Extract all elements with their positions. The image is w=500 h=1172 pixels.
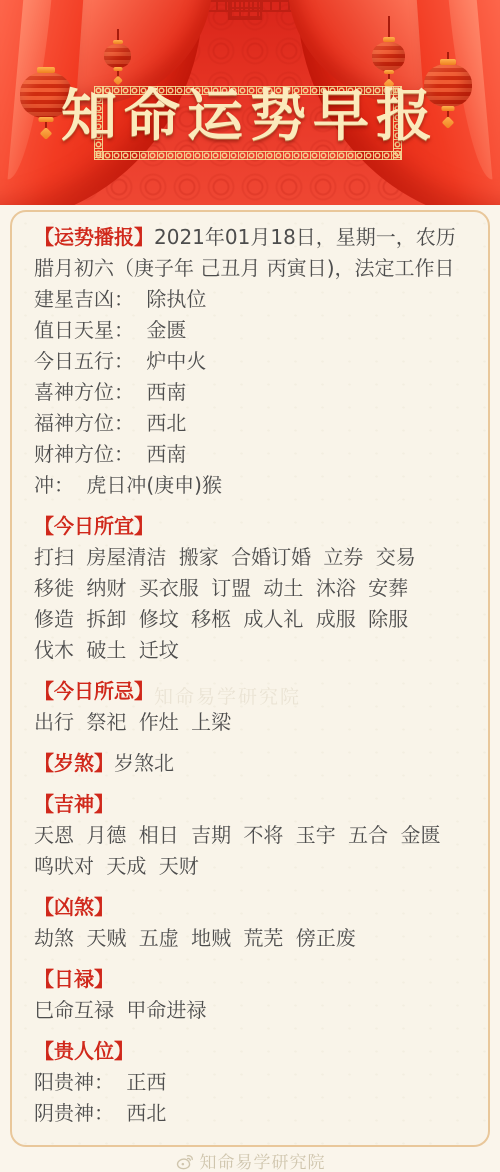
section-label: 【日禄】 [34, 967, 114, 991]
detail-line-chong: 冲： 虎日冲(庚申)猴 [34, 470, 466, 501]
yang-guishen-line: 阳贵神： 正西 [34, 1067, 466, 1098]
detail-line-jianxing: 建星吉凶： 除执位 [34, 284, 466, 315]
weibo-icon [175, 1152, 195, 1172]
section-suisha: 【岁煞】岁煞北 [34, 748, 466, 779]
section-yunshi-bobao: 【运势播报】2021年01月18日，星期一，农历腊月初六（庚子年 己丑月 丙寅日… [34, 222, 466, 501]
section-suoyi: 【今日所宜】 打扫 房屋清洁 搬家 合婚订婚 立券 交易 移徙 纳财 买衣服 订… [34, 511, 466, 666]
suoyi-items: 移徙 纳财 买衣服 订盟 动土 沐浴 安葬 [34, 573, 466, 604]
section-jishen: 【吉神】 天恩 月德 相日 吉期 不将 玉宇 五合 金匮 鸣吠对 天成 天财 [34, 789, 466, 882]
yin-guishen-line: 阴贵神： 西北 [34, 1098, 466, 1129]
detail-line-caishen: 财神方位： 西南 [34, 439, 466, 470]
xiongsha-items: 劫煞 天贼 五虚 地贼 荒芜 傍正废 [34, 923, 466, 954]
section-label: 【贵人位】 [34, 1039, 134, 1063]
forecast-paragraph: 【运势播报】2021年01月18日，星期一，农历腊月初六（庚子年 己丑月 丙寅日… [34, 222, 466, 284]
lantern-cap [383, 37, 395, 42]
section-label: 【岁煞】 [34, 751, 114, 775]
rilu-items: 巳命互禄 甲命进禄 [34, 995, 466, 1026]
jishen-items: 天恩 月德 相日 吉期 不将 玉宇 五合 金匮 [34, 820, 466, 851]
lantern-icon [372, 42, 405, 71]
lantern-body [372, 42, 405, 71]
section-rilu: 【日禄】 巳命互禄 甲命进禄 [34, 964, 466, 1026]
section-label: 【运势播报】 [34, 225, 154, 249]
lantern-body [104, 44, 131, 68]
section-label: 【吉神】 [34, 792, 114, 816]
detail-line-wuxing: 今日五行： 炉中火 [34, 346, 466, 377]
lantern-cap [113, 40, 123, 44]
header-banner: 知命运势早报 [0, 0, 500, 205]
section-guirenwei: 【贵人位】 阳贵神： 正西 阴贵神： 西北 [34, 1036, 466, 1129]
lattice-ornament [228, 0, 262, 20]
footer-watermark-text: 知命易学研究院 [200, 1153, 326, 1172]
suoyi-items: 修造 拆卸 修坟 移柩 成人礼 成服 除服 [34, 604, 466, 635]
section-label: 【今日所忌】 [34, 679, 154, 703]
suoyi-items: 伐木 破土 迁坟 [34, 635, 466, 666]
detail-line-fushen: 福神方位： 西北 [34, 408, 466, 439]
detail-line-xishen: 喜神方位： 西南 [34, 377, 466, 408]
lantern-cap [37, 67, 55, 73]
suoyi-items: 打扫 房屋清洁 搬家 合婚订婚 立券 交易 [34, 542, 466, 573]
section-label: 【凶煞】 [34, 895, 114, 919]
section-xiongsha: 【凶煞】 劫煞 天贼 五虚 地贼 荒芜 傍正废 [34, 892, 466, 954]
lantern-icon [104, 44, 131, 68]
almanac-card: 知命易学研究院 【运势播报】2021年01月18日，星期一，农历腊月初六（庚子年… [10, 210, 490, 1147]
suoji-items: 出行 祭祀 作灶 上梁 [34, 707, 466, 738]
section-suoji: 【今日所忌】 出行 祭祀 作灶 上梁 [34, 676, 466, 738]
footer-watermark: 知命易学研究院 [0, 1148, 500, 1172]
page-title: 知命运势早报 [0, 84, 500, 148]
frame-band [94, 151, 402, 160]
detail-line-zhiri: 值日天星： 金匮 [34, 315, 466, 346]
section-label: 【今日所宜】 [34, 514, 154, 538]
lantern-cap [440, 59, 456, 65]
jishen-items: 鸣吠对 天成 天财 [34, 851, 466, 882]
suisha-value: 岁煞北 [114, 751, 174, 775]
